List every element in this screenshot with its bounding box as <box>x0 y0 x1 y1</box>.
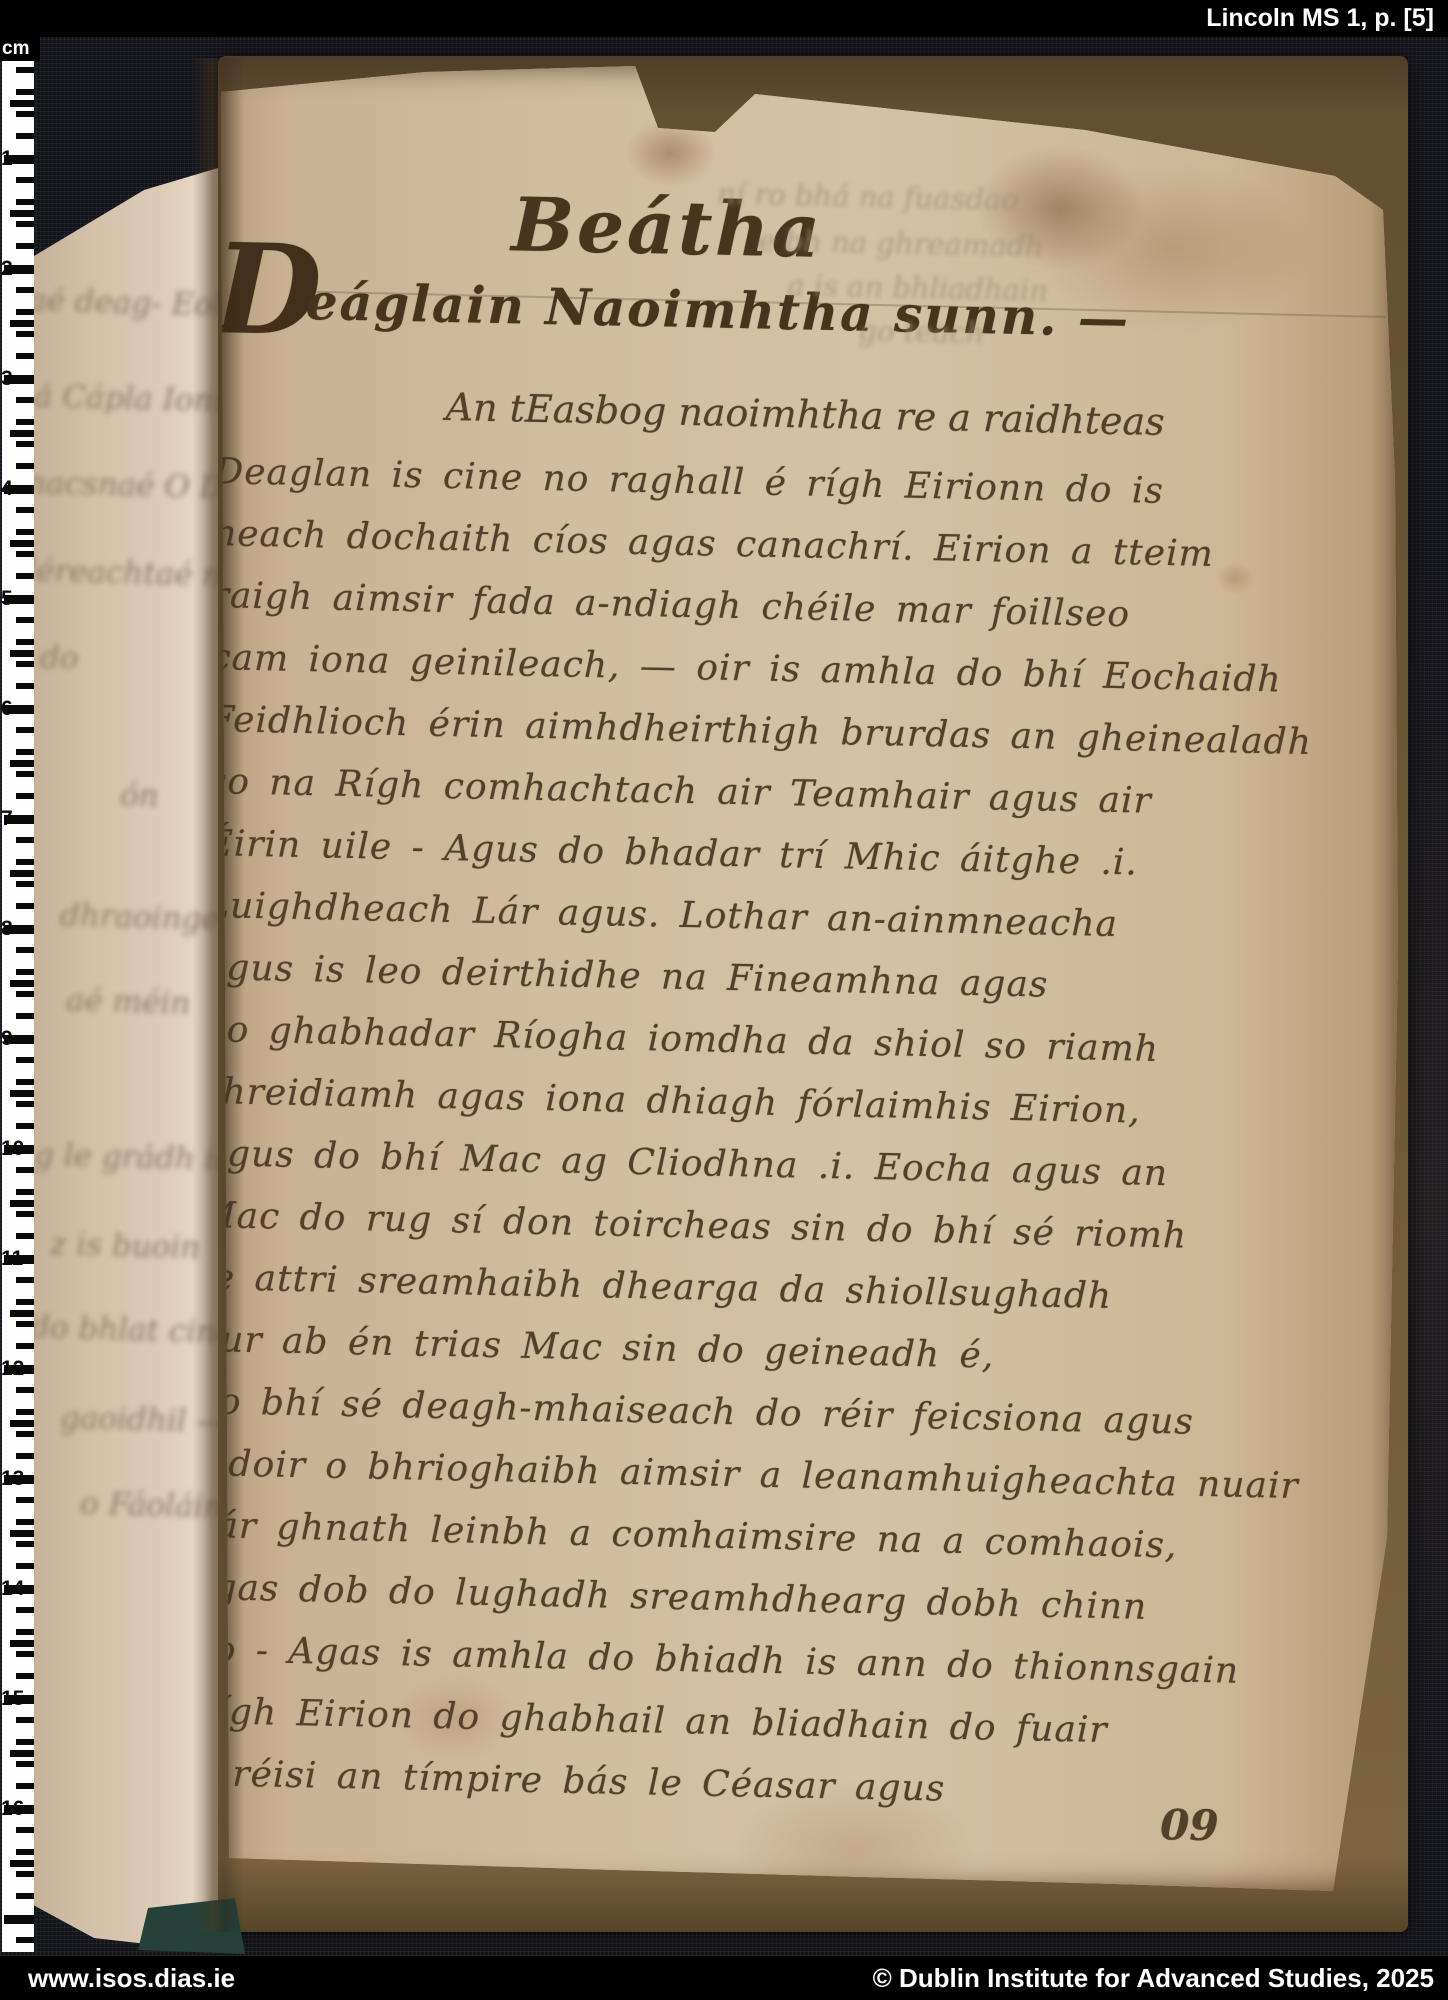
manuscript-line: Rígh Eirion do ghabhail an bliadhain do … <box>188 1691 1108 1751</box>
ruler-tick-mm <box>16 1057 34 1063</box>
ruler-tick-mm <box>16 331 34 337</box>
ruler-tick-mm <box>16 1387 34 1393</box>
ruler-tick-mm <box>16 749 34 755</box>
caption-band-top: Lincoln MS 1, p. [5] <box>0 0 1448 37</box>
manuscript-line: so na Rígh comhachtach air Teamhair agus… <box>207 761 1152 822</box>
manuscript-line: nár ghnath leinbh a comhaimsire na a com… <box>192 1505 1178 1567</box>
ruler-unit-label: cm <box>0 37 40 61</box>
ruler-tick-mm <box>10 320 34 327</box>
ruler-tick-mm <box>16 441 34 447</box>
ruler-tick-mm <box>16 969 34 975</box>
ruler-tick-mm <box>16 1717 34 1723</box>
ruler-tick-mm <box>16 793 34 799</box>
manuscript-line: Mac do rug sí don toircheas sin do bhí s… <box>198 1195 1187 1257</box>
manuscript-line: neach dochaith cíos agas canachrí. Eirio… <box>213 513 1215 575</box>
ruler-tick-mm <box>16 573 34 579</box>
manuscript-line: Deaglan is cine no raghall é rígh Eirion… <box>214 451 1164 512</box>
ruler-tick-mm <box>16 1211 34 1217</box>
facing-page-text: do bhlat cine <box>30 1309 235 1350</box>
ruler-tick-mm <box>16 287 34 293</box>
manuscript-line: ladoir o bhrioghaibh aimsir a leanamhuig… <box>193 1443 1299 1507</box>
ruler-tick-cm <box>4 1915 34 1924</box>
ruler-tick-mm <box>16 111 34 117</box>
ruler-tick-mm <box>16 1871 34 1877</box>
ruler-tick-mm <box>10 1750 34 1757</box>
ruler-tick-mm <box>16 551 34 557</box>
ruler-number: 6 <box>1 699 31 719</box>
ruler-tick-mm <box>16 1519 34 1525</box>
manuscript-line: Éirin uile - Agus do bhadar trí Mhic áit… <box>206 823 1138 883</box>
showthrough-text: e bh na ghreamadh <box>758 223 1044 263</box>
ruler-tick-mm <box>10 1200 34 1207</box>
ruler-tick-mm <box>16 1277 34 1283</box>
ruler-tick-mm <box>16 1189 34 1195</box>
ruler-tick-mm <box>10 540 34 547</box>
ruler-tick-mm <box>16 243 34 249</box>
ruler: cm 12345678910111213141516 <box>0 37 56 1956</box>
ruler-tick-mm <box>16 617 34 623</box>
manuscript-line: do ghabhadar Ríogha iomdha da shiol so r… <box>202 1009 1159 1070</box>
manuscript-line: agus is leo deirthidhe na Fineamhna agas <box>204 947 1049 1006</box>
facing-page-text: z is buoin <box>50 1226 201 1266</box>
manuscript-opening-line: An tEasbog naoimhtha re a raidhteas <box>445 385 1165 444</box>
ruler-number: 15 <box>1 1689 31 1709</box>
ruler-tick-mm <box>16 881 34 887</box>
ruler-number: 12 <box>1 1359 31 1379</box>
manuscript-line: Luighdheach Lár agus. Lothar an-ainmneac… <box>205 885 1119 945</box>
ruler-number: 2 <box>1 259 31 279</box>
manuscript-line: te attri sreamhaibh dhearga da shiollsug… <box>197 1257 1112 1317</box>
ruler-tick-mm <box>10 1310 34 1317</box>
ruler-tick-mm <box>16 529 34 535</box>
ruler-tick-mm <box>16 1497 34 1503</box>
ruler-tick-mm <box>16 1893 34 1899</box>
manuscript-line: chreidiamh agas iona dhiagh fórlaimhis E… <box>201 1071 1141 1132</box>
ruler-tick-mm <box>16 1849 34 1855</box>
manuscript-viewer: aé deag- Eol-gachá Cápla Ionnsuimhnacsna… <box>0 0 1448 2000</box>
ruler-tick-mm <box>10 1860 34 1867</box>
ruler-tick-mm <box>10 980 34 987</box>
ruler-tick-mm <box>16 991 34 997</box>
ruler-tick-mm <box>10 1640 34 1647</box>
page-marker: 09 <box>1160 1800 1219 1850</box>
facing-page-text: aé méin <box>66 982 191 1021</box>
ruler-tick-mm <box>16 1937 34 1943</box>
ruler-tick-mm <box>16 419 34 425</box>
ruler-tick-mm <box>10 430 34 437</box>
showthrough-text: ní ro bhá na fuasdao <box>717 177 1019 217</box>
ruler-tick-mm <box>16 1541 34 1547</box>
ruler-tick-mm <box>16 199 34 205</box>
ruler-tick-mm <box>16 771 34 777</box>
ruler-strip <box>2 59 34 1952</box>
caption-band-bottom: www.isos.dias.ie © Dublin Institute for … <box>0 1956 1448 2000</box>
ruler-number: 5 <box>1 589 31 609</box>
ruler-tick-mm <box>16 859 34 865</box>
ruler-tick-mm <box>16 1651 34 1657</box>
ruler-tick-mm <box>16 1409 34 1415</box>
ruler-number: 16 <box>1 1799 31 1819</box>
ruler-tick-mm <box>16 221 34 227</box>
ruler-tick-mm <box>16 1013 34 1019</box>
manuscript-line: agas dob do lughadh sreamhdhearg dobh ch… <box>191 1567 1148 1628</box>
ruler-tick-mm <box>16 1783 34 1789</box>
ruler-tick-mm <box>16 727 34 733</box>
ruler-tick-mm <box>10 1420 34 1427</box>
manuscript-line: Agus do bhí Mac ag Cliodhna .i. Eocha ag… <box>200 1133 1169 1194</box>
ruler-tick-mm <box>16 1167 34 1173</box>
ruler-tick-mm <box>10 1090 34 1097</box>
manuscript-line: gur ab én trias Mac sin do geineadh é, <box>196 1319 995 1377</box>
ruler-number: 3 <box>1 369 31 389</box>
ruler-tick-mm <box>16 67 34 73</box>
ruler-tick-mm <box>10 870 34 877</box>
ruler-tick-mm <box>16 947 34 953</box>
manuscript-text-block: Beátha D eáglain Naoimhtha sunn. — An tE… <box>177 58 1400 1919</box>
ruler-tick-mm <box>16 661 34 667</box>
ruler-number: 14 <box>1 1579 31 1599</box>
manuscript-line: cam iona geinileach, — oir is amhla do b… <box>210 637 1282 700</box>
ruler-tick-mm <box>16 463 34 469</box>
ruler-tick-mm <box>16 1673 34 1679</box>
ruler-tick-mm <box>10 650 34 657</box>
ruler-tick-mm <box>16 1079 34 1085</box>
ruler-number: 10 <box>1 1139 31 1159</box>
ruler-tick-mm <box>16 1343 34 1349</box>
page-title: Lincoln MS 1, p. [5] <box>1206 4 1434 33</box>
site-url: www.isos.dias.ie <box>28 1963 235 1994</box>
ruler-tick-mm <box>16 89 34 95</box>
manuscript-line: do - Agas is amhla do bhiadh is ann do t… <box>189 1629 1239 1692</box>
ruler-tick-mm <box>16 1101 34 1107</box>
ruler-number: 4 <box>1 479 31 499</box>
ruler-tick-mm <box>16 1453 34 1459</box>
ruler-tick-mm <box>16 1123 34 1129</box>
showthrough-text: a is an bhliadhain <box>787 268 1048 307</box>
showthrough-text: go teach <box>858 314 985 351</box>
manuscript-line: Feidhlioch érin aimhdheirthigh brurdas a… <box>209 699 1313 763</box>
ruler-number: 9 <box>1 1029 31 1049</box>
ruler-tick-mm <box>16 639 34 645</box>
manuscript-line: raigh aimsir fada a-ndiagh chéile mar fo… <box>211 575 1130 635</box>
ruler-tick-mm <box>16 177 34 183</box>
ruler-number: 13 <box>1 1469 31 1489</box>
ruler-number: 7 <box>1 809 31 829</box>
ruler-tick-mm <box>16 1761 34 1767</box>
ruler-tick-mm <box>16 353 34 359</box>
manuscript-page: Beátha D eáglain Naoimhtha sunn. — An tE… <box>215 58 1400 1895</box>
ruler-tick-mm <box>16 903 34 909</box>
facing-page-text: gaoidhil — <box>60 1400 228 1440</box>
ruler-tick-mm <box>16 683 34 689</box>
ruler-tick-mm <box>10 210 34 217</box>
ruler-tick-mm <box>10 1530 34 1537</box>
ruler-tick-mm <box>16 309 34 315</box>
ruler-tick-mm <box>16 1233 34 1239</box>
ruler-tick-mm <box>16 1827 34 1833</box>
ruler-tick-mm <box>16 1299 34 1305</box>
manuscript-line: do bhí sé deagh-mhaiseach do réir feicsi… <box>194 1381 1194 1443</box>
ruler-tick-mm <box>16 1321 34 1327</box>
manuscript-line: chréisi an tímpire bás le Céasar agus <box>187 1753 946 1810</box>
ruler-number: 1 <box>1 149 31 169</box>
copyright-notice: © Dublin Institute for Advanced Studies,… <box>873 1963 1434 1994</box>
ruler-tick-mm <box>10 100 34 107</box>
facing-page-text: ón <box>120 778 160 815</box>
ruler-tick-mm <box>16 397 34 403</box>
ruler-tick-mm <box>16 1629 34 1635</box>
ruler-tick-mm <box>16 1563 34 1569</box>
ruler-number: 11 <box>1 1249 31 1269</box>
ruler-tick-mm <box>16 1431 34 1437</box>
ruler-tick-mm <box>16 1739 34 1745</box>
ruler-number: 8 <box>1 919 31 939</box>
ruler-tick-mm <box>10 760 34 767</box>
ruler-tick-mm <box>16 837 34 843</box>
ruler-tick-mm <box>16 133 34 139</box>
ruler-tick-mm <box>16 507 34 513</box>
ruler-tick-mm <box>16 1607 34 1613</box>
